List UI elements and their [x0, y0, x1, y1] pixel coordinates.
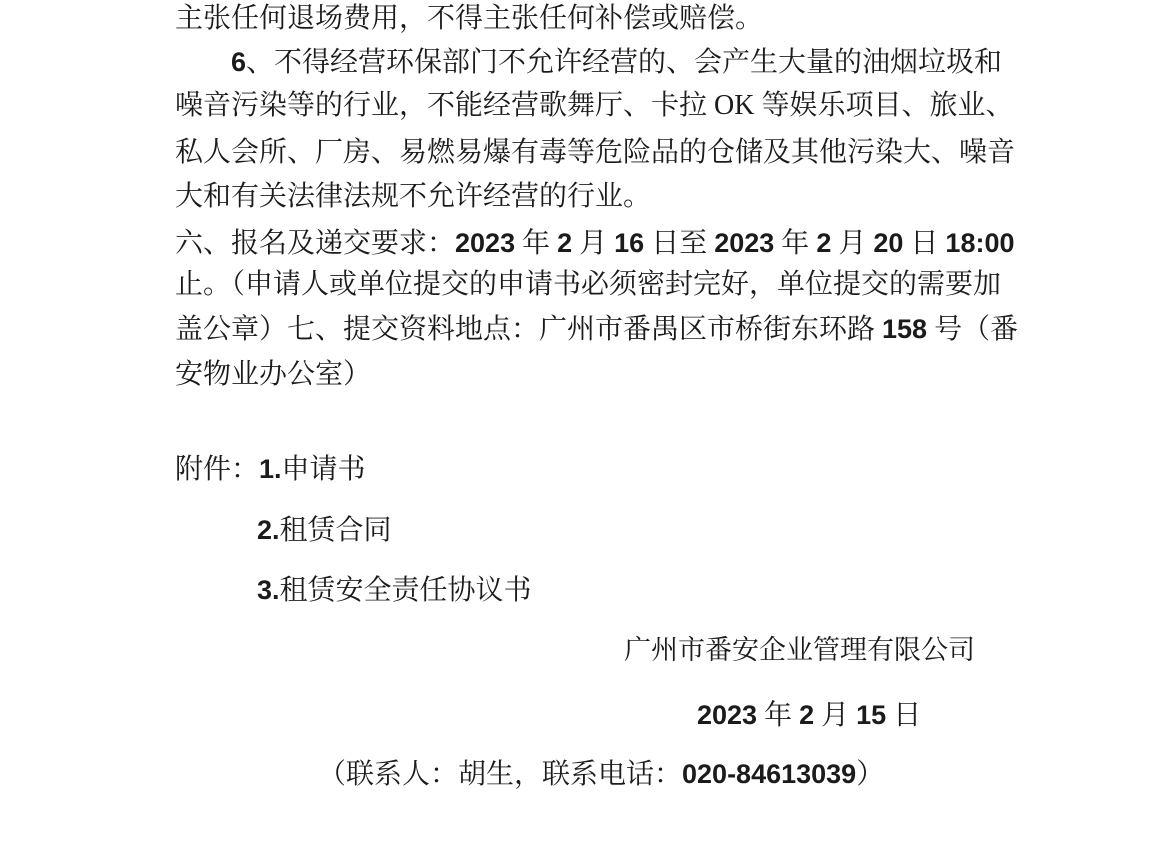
signature-company: 广州市番安企业管理有限公司 — [624, 633, 975, 667]
attachments-label: 附件：1.申请书 — [175, 452, 366, 487]
body-line: 止。（申请人或单位提交的申请书必须密封完好，单位提交的需要加 — [175, 268, 1001, 302]
contact-line: （联系人：胡生，联系电话：020-84613039） — [318, 757, 884, 792]
signature-date: 2023 年 2 月 15 日 — [697, 698, 921, 733]
attachment-item: 3.租赁安全责任协议书 — [257, 573, 532, 608]
body-line: 私人会所、厂房、易燃易爆有毒等危险品的仓储及其他污染大、噪音 — [175, 136, 1015, 170]
body-line: 主张任何退场费用，不得主张任何补偿或赔偿。 — [175, 2, 763, 36]
attachment-item: 2.租赁合同 — [257, 513, 392, 548]
body-line-section-6: 六、报名及递交要求：2023 年 2 月 16 日至 2023 年 2 月 20… — [175, 226, 1014, 261]
body-line: 安物业办公室） — [175, 358, 371, 392]
body-line-section-7: 盖公章）七、提交资料地点：广州市番禺区市桥街东环路 158 号（番 — [175, 312, 1018, 347]
document-page: 主张任何退场费用，不得主张任何补偿或赔偿。 6、不得经营环保部门不允许经营的、会… — [0, 0, 1158, 852]
body-line: 噪音污染等的行业，不能经营歌舞厅、卡拉 OK 等娱乐项目、旅业、 — [175, 89, 1013, 123]
body-line-item-6: 6、不得经营环保部门不允许经营的、会产生大量的油烟垃圾和 — [231, 45, 1002, 80]
body-line: 大和有关法律法规不允许经营的行业。 — [175, 180, 651, 214]
